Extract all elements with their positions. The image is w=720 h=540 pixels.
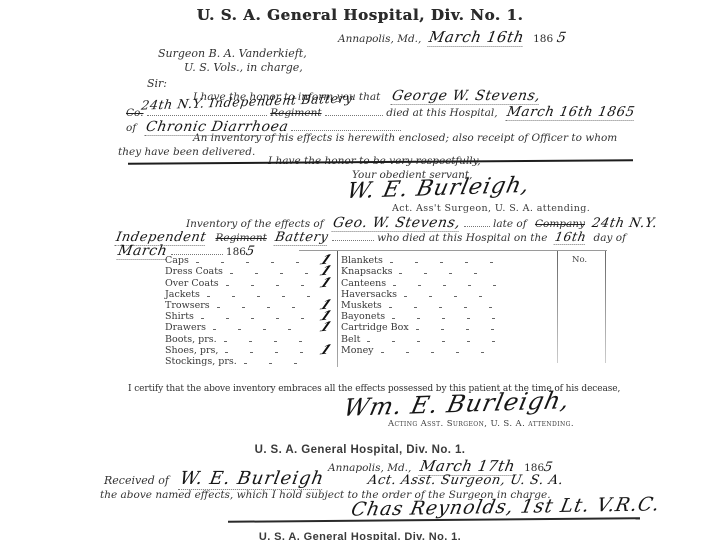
day-handwritten: 16th bbox=[553, 229, 587, 245]
inventory-item-label: Money bbox=[341, 345, 374, 356]
inventory-item-label: Stockings, prs. bbox=[165, 356, 237, 367]
battery-handwritten: Battery bbox=[274, 230, 330, 246]
salutation: Sir: bbox=[147, 77, 167, 90]
no-column-header: No. bbox=[572, 255, 587, 265]
inventory-item-qty-handwritten bbox=[502, 355, 523, 357]
inventory-row: Shirts1 bbox=[165, 311, 335, 322]
receiver-title-handwritten: Act. Asst. Surgeon, U. S. A. bbox=[367, 473, 565, 488]
inventory-row: Muskets bbox=[341, 300, 523, 311]
inventory-item-label: Knapsacks bbox=[341, 266, 392, 277]
inventory-left-column: Caps1Dress Coats1Over Coats1JacketsTrows… bbox=[165, 255, 335, 367]
dash-leader bbox=[217, 305, 311, 308]
hospital-title: U. S. A. General Hospital, Div. No. 1. bbox=[0, 6, 720, 24]
footer-hospital-title-cutoff: U. S. A. General Hospital, Div. No. 1. bbox=[0, 531, 720, 540]
inventory-note-line2: they have been delivered. bbox=[118, 146, 255, 158]
inventory-row: Caps1 bbox=[165, 255, 335, 266]
surgeon-signature-title: Act. Ass't Surgeon, U. S. A. attending. bbox=[392, 203, 590, 214]
inventory-row: Canteens bbox=[341, 277, 523, 288]
inventory-row: Jackets bbox=[165, 289, 335, 300]
surgeon-signature: W. E. Burleigh, bbox=[345, 173, 533, 204]
received-of-printed: Received of bbox=[104, 474, 169, 487]
table-divider-line bbox=[337, 251, 338, 367]
dash-leader bbox=[207, 294, 311, 297]
addressee-line1: Surgeon B. A. Vanderkieft, bbox=[158, 47, 307, 60]
dash-leader bbox=[381, 350, 499, 353]
dateline-year-printed: 186 bbox=[533, 33, 553, 45]
inventory-row: Boots, prs. bbox=[165, 333, 335, 344]
inventory-row: Drawers1 bbox=[165, 322, 335, 333]
no-column-left-line bbox=[557, 251, 558, 363]
inventory-row: Stockings, prs. bbox=[165, 356, 335, 367]
dash-leader bbox=[201, 316, 311, 319]
inventory-item-label: Canteens bbox=[341, 278, 386, 289]
inventory-item-label: Shirts bbox=[165, 311, 194, 322]
dash-leader bbox=[230, 271, 311, 274]
dash-leader bbox=[392, 316, 499, 319]
inventory-item-label: Belt bbox=[341, 334, 360, 345]
inventory-item-label: Shoes, prs, bbox=[165, 345, 218, 356]
dash-leader bbox=[244, 361, 311, 364]
dash-leader bbox=[399, 271, 499, 274]
addressee-line2: U. S. Vols., in charge, bbox=[184, 61, 303, 74]
inventory-item-label: Haversacks bbox=[341, 289, 397, 300]
inventory-note-line1: An inventory of his effects is herewith … bbox=[193, 132, 617, 144]
of-label: of bbox=[126, 122, 136, 134]
dotted-rule bbox=[464, 217, 490, 227]
inventory-row: Shoes, prs,1 bbox=[165, 345, 335, 356]
dash-leader bbox=[224, 339, 311, 342]
inventory-item-label: Jackets bbox=[165, 289, 200, 300]
inventory-item-label: Drawers bbox=[165, 322, 206, 333]
dateline-year-handwritten: 5 bbox=[555, 30, 567, 46]
dash-leader bbox=[367, 339, 499, 342]
died-at-hospital-printed: died at this Hospital, bbox=[386, 107, 497, 119]
inventory-item-qty-handwritten bbox=[314, 366, 335, 368]
inventory-row: Bayonets bbox=[341, 311, 523, 322]
table-top-border bbox=[299, 250, 607, 251]
dash-leader bbox=[404, 294, 499, 297]
inventory-item-label: Cartridge Box bbox=[341, 322, 409, 333]
inventory-row: Over Coats1 bbox=[165, 277, 335, 288]
dash-leader bbox=[213, 327, 311, 330]
month-handwritten: March bbox=[117, 243, 169, 260]
who-died-printed: who died at this Hospital on the bbox=[377, 232, 547, 244]
inventory-row: Trowsers1 bbox=[165, 300, 335, 311]
inventory-item-label: Bayonets bbox=[341, 311, 385, 322]
inventory-item-label: Blankets bbox=[341, 255, 383, 266]
death-date-handwritten: March 16th 1865 bbox=[505, 104, 636, 121]
receipt-received-line: Received of W. E. Burleigh Act. Asst. Su… bbox=[104, 468, 563, 490]
dash-leader bbox=[389, 305, 499, 308]
inventory-row: Belt bbox=[341, 333, 523, 344]
no-column-right-line bbox=[605, 251, 606, 363]
inventory-row: Blankets bbox=[341, 255, 523, 266]
inventory-item-label: Boots, prs. bbox=[165, 334, 217, 345]
inventory-row: Haversacks bbox=[341, 289, 523, 300]
receipt-hospital-title: U. S. A. General Hospital, Div. No. 1. bbox=[0, 444, 720, 456]
deceased-name-handwritten: George W. Stevens, bbox=[390, 88, 541, 105]
dotted-rule bbox=[332, 231, 374, 241]
regiment-label-struck: Regiment bbox=[270, 107, 321, 119]
dash-leader bbox=[390, 260, 499, 263]
inventory-row: Cartridge Box bbox=[341, 322, 523, 333]
dash-leader bbox=[196, 260, 311, 263]
scanned-hospital-form-document: U. S. A. General Hospital, Div. No. 1. A… bbox=[0, 0, 720, 540]
dotted-rule bbox=[171, 245, 223, 255]
certification-signature-title: Acting Asst. Surgeon, U. S. A. attending… bbox=[388, 419, 574, 429]
dotted-rule bbox=[291, 121, 401, 131]
inventory-item-label: Muskets bbox=[341, 300, 382, 311]
dateline: Annapolis, Md., March 16th 186 5 bbox=[338, 28, 566, 47]
inventory-item-label: Dress Coats bbox=[165, 266, 223, 277]
dash-leader bbox=[416, 327, 499, 330]
day-of-printed: day of bbox=[594, 232, 626, 244]
dateline-place: Annapolis, Md., bbox=[338, 33, 421, 45]
inventory-item-label: Over Coats bbox=[165, 278, 219, 289]
inventory-row: Dress Coats1 bbox=[165, 266, 335, 277]
inventory-item-label: Caps bbox=[165, 255, 189, 266]
inventory-right-column: BlanketsKnapsacksCanteensHaversacksMuske… bbox=[341, 255, 523, 356]
inventory-row: Knapsacks bbox=[341, 266, 523, 277]
dotted-rule bbox=[325, 106, 383, 116]
dash-leader bbox=[225, 350, 311, 353]
receiver-name-handwritten: W. E. Burleigh bbox=[178, 468, 326, 490]
dash-leader bbox=[393, 283, 499, 286]
dateline-date-handwritten: March 16th bbox=[427, 28, 525, 47]
inventory-row: Money bbox=[341, 345, 523, 356]
dash-leader bbox=[226, 283, 311, 286]
inventory-item-label: Trowsers bbox=[165, 300, 210, 311]
